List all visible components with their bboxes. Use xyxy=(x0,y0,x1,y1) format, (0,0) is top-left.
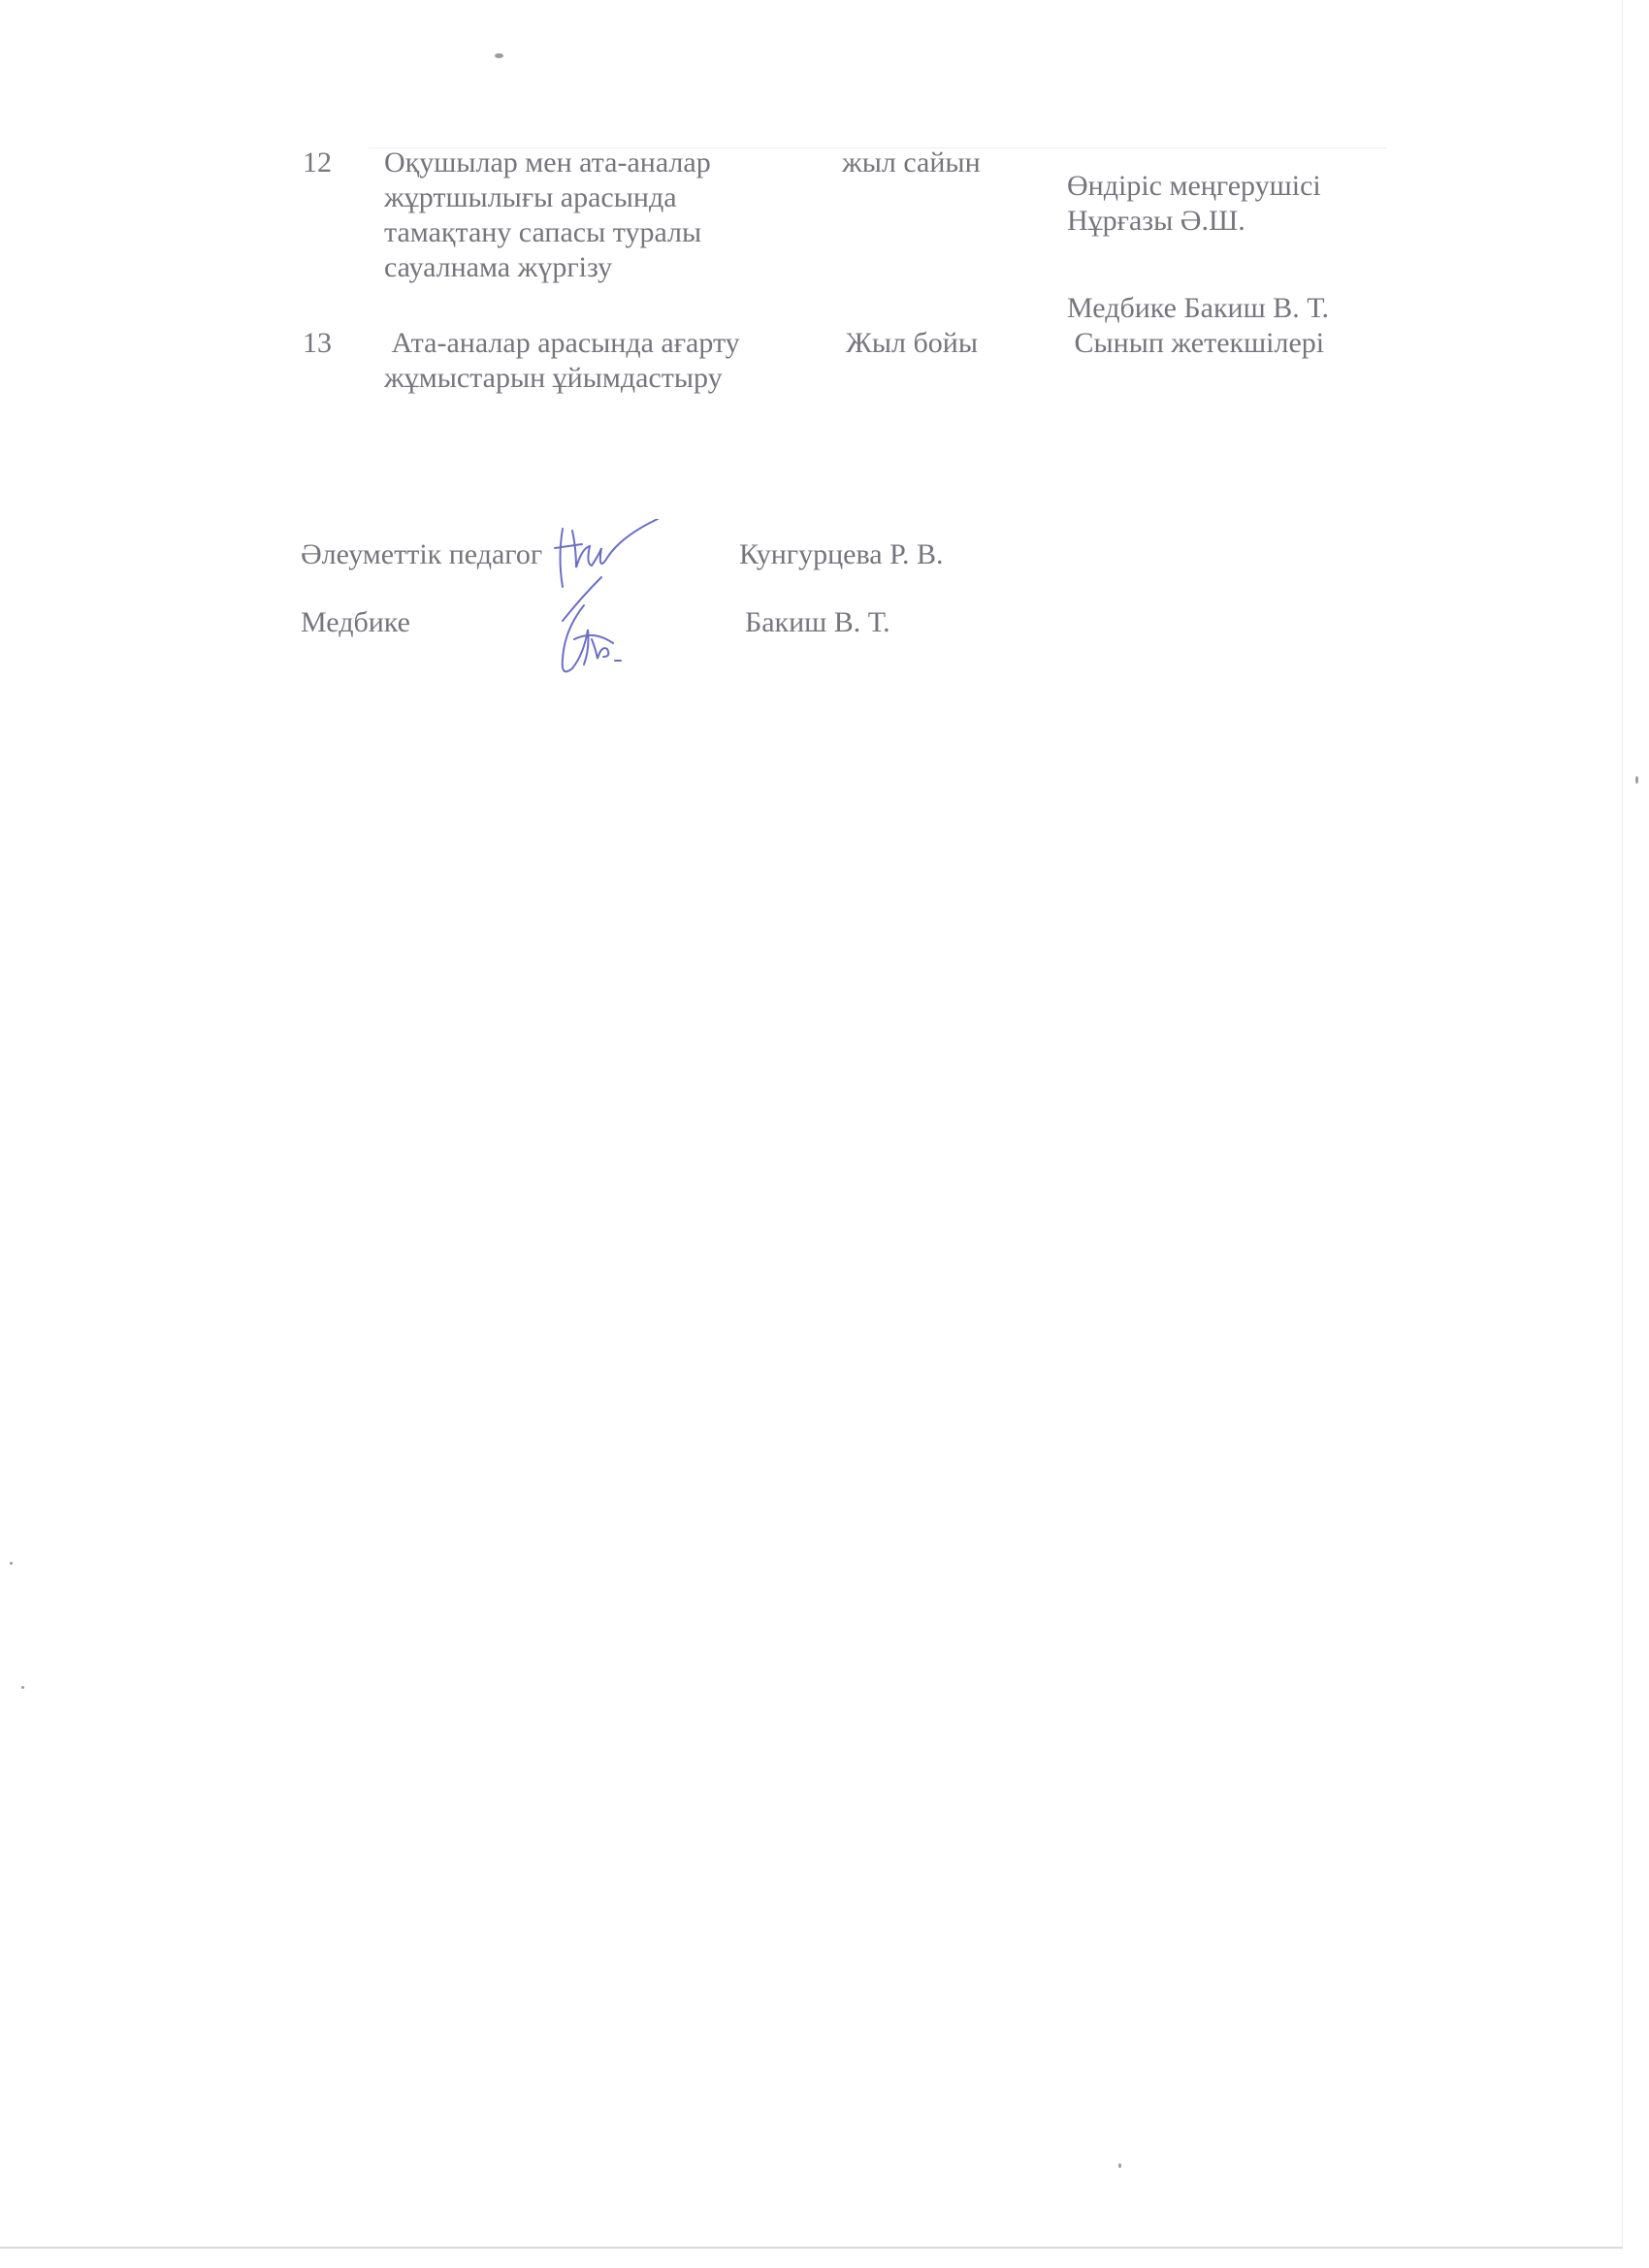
when-cell: жыл сайын xyxy=(842,146,1036,180)
scan-speck xyxy=(1118,2163,1121,2168)
row-number: 13 xyxy=(303,326,332,361)
scan-speck xyxy=(1635,776,1638,784)
signature-role: Әлеуметтік педагог xyxy=(301,538,542,571)
responsible-line: Нұрғазы Ә.Ш. xyxy=(1067,204,1397,239)
when-cell: Жыл бойы xyxy=(846,326,1040,361)
responsible-cell: Медбике Бакиш В. Т. Сынып жетекшілері xyxy=(1067,291,1397,361)
task-cell: Ата-аналар арасында ағарту жұмыстарын ұй… xyxy=(384,326,792,396)
task-line: Оқушылар мен ата-аналар xyxy=(384,146,792,180)
responsible-cell: Өндіріс меңгерушісі Нұрғазы Ә.Ш. xyxy=(1067,169,1397,239)
task-line: Ата-аналар арасында ағарту xyxy=(384,326,792,361)
task-line: тамақтану сапасы туралы xyxy=(384,215,792,250)
scan-speck xyxy=(10,1562,13,1565)
signature-role: Медбике xyxy=(301,606,410,639)
document-page: 12 Оқушылар мен ата-аналар жұртшылығы ар… xyxy=(0,0,1623,2249)
task-line: жұмыстарын ұйымдастыру xyxy=(384,361,792,396)
task-cell: Оқушылар мен ата-аналар жұртшылығы арасы… xyxy=(384,146,792,285)
signature-name: Кунгурцева Р. В. xyxy=(739,538,944,571)
signature-row: Әлеуметтік педагог Кунгурцева Р. В. xyxy=(301,538,1077,577)
responsible-line: Өндіріс меңгерушісі xyxy=(1067,169,1397,204)
row-number: 12 xyxy=(303,146,332,180)
scan-speck xyxy=(495,53,503,58)
task-line: сауалнама жүргізу xyxy=(384,250,792,285)
signature-name: Бакиш В. Т. xyxy=(745,606,890,639)
scan-speck xyxy=(21,1686,24,1689)
responsible-line: Сынып жетекшілері xyxy=(1067,326,1397,361)
handwritten-signature-icon xyxy=(555,600,671,697)
responsible-line: Медбике Бакиш В. Т. xyxy=(1067,291,1397,326)
signature-row: Медбике Бакиш В. Т. xyxy=(301,606,1077,645)
task-line: жұртшылығы арасында xyxy=(384,180,792,215)
